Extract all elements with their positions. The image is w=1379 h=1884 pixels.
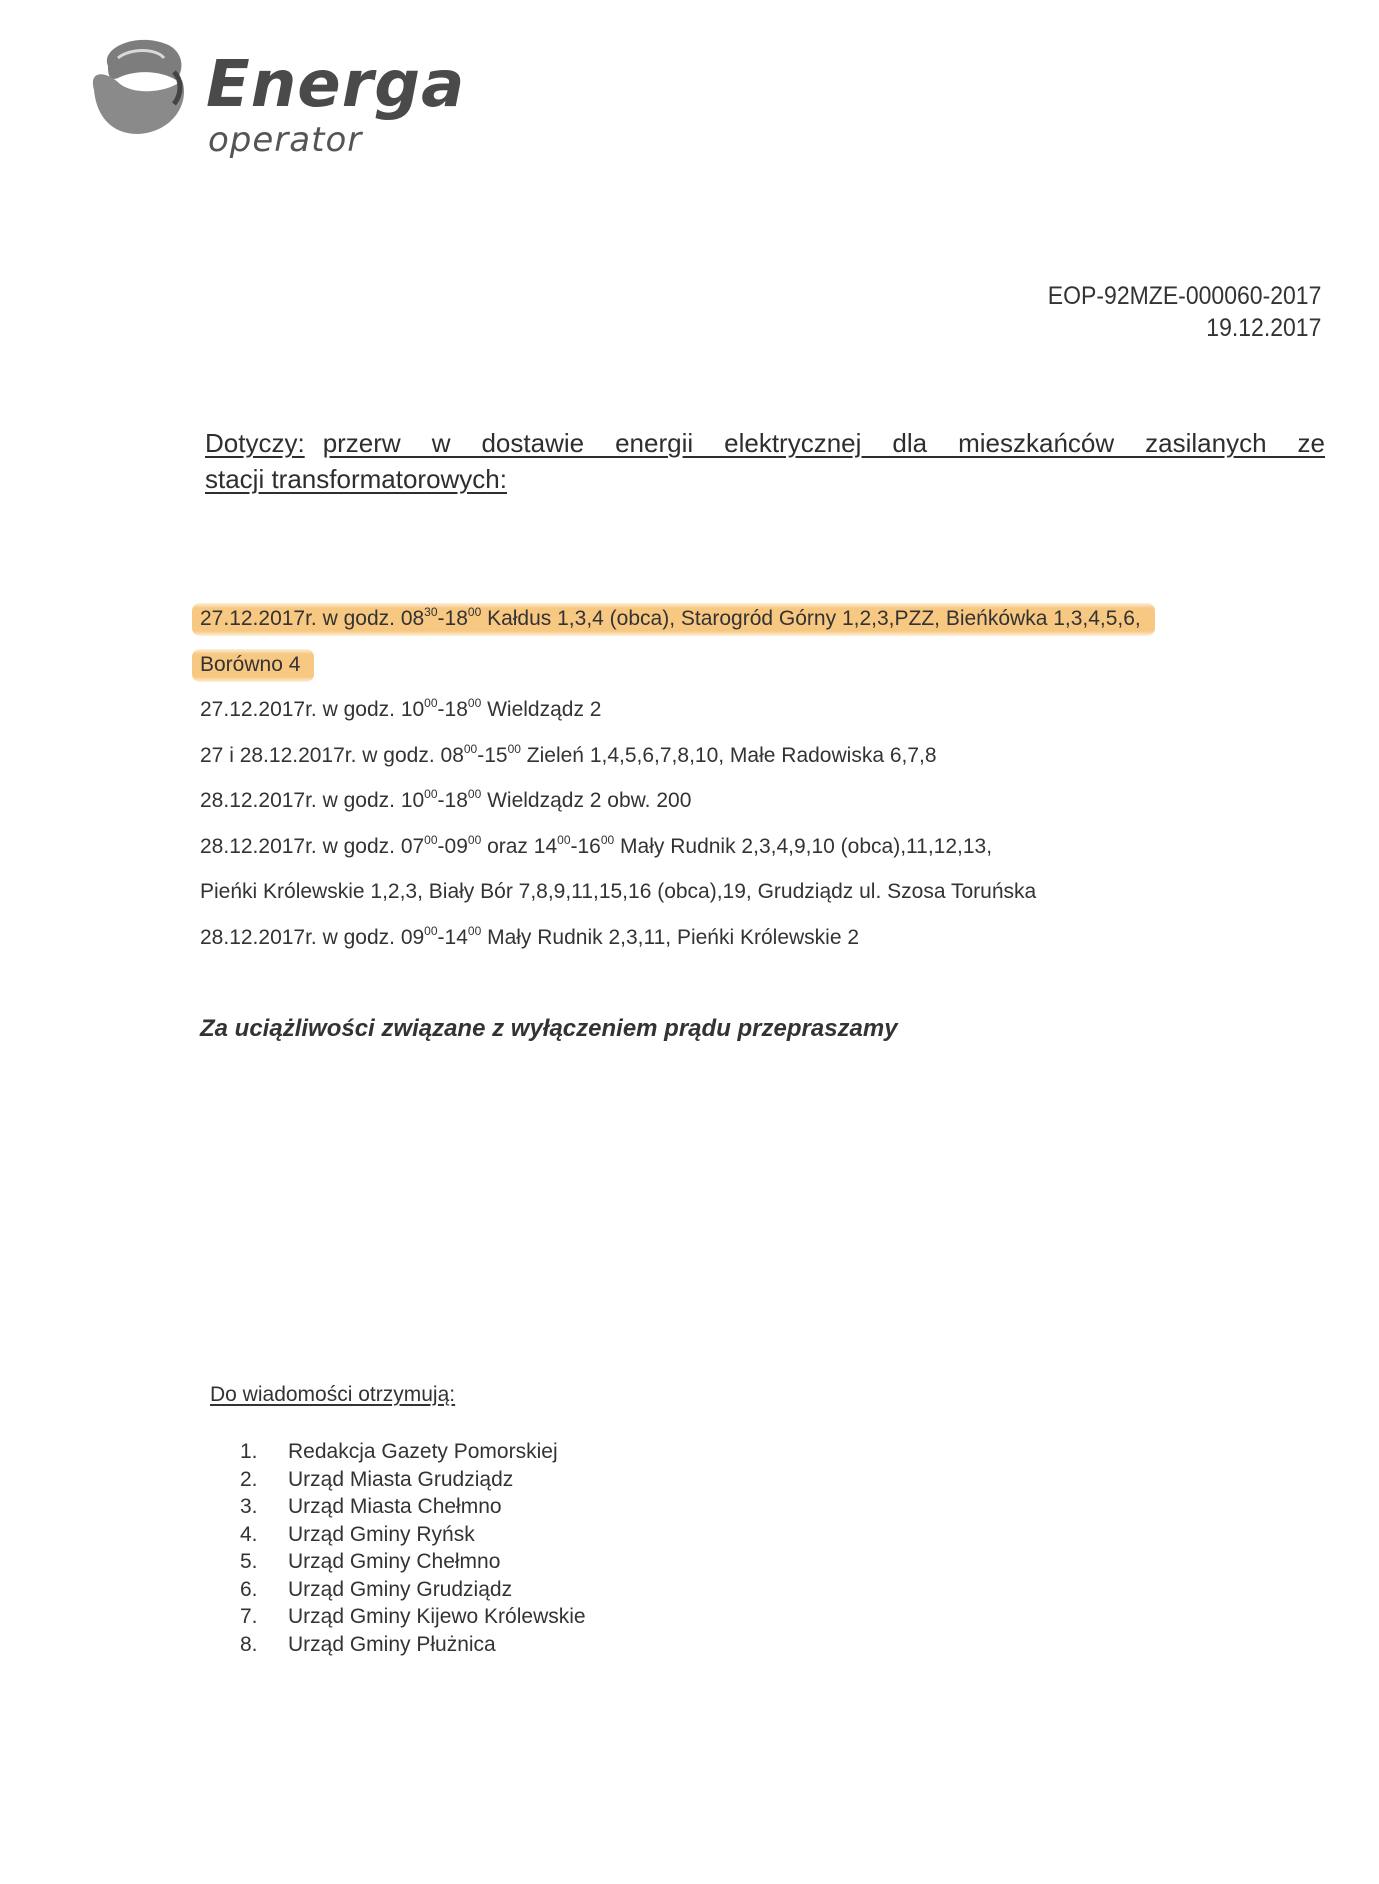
time-minutes: 30 (424, 605, 437, 619)
outage-places: Borówno 4 (192, 649, 314, 682)
outage-text: 28.12.2017r. w godz. 0700-0900 oraz 1400… (200, 835, 992, 858)
recipients-title: Do wiadomości otrzymują: (210, 1383, 455, 1407)
recipient-name: Urząd Gminy Grudziądz (288, 1576, 512, 1604)
recipient-item: 8.Urząd Gminy Płużnica (240, 1631, 586, 1659)
outage-places: Pieńki Królewskie 1,2,3, Biały Bór 7,8,9… (200, 880, 1036, 903)
reference-block: EOP-92MZE-000060-2017 19.12.2017 (1047, 280, 1321, 344)
outage-date: 28.12.2017r. w godz. (200, 789, 401, 812)
time-minutes: 00 (468, 787, 481, 801)
outage-text: 27.12.2017r. w godz. 0830-1800 Kałdus 1,… (192, 603, 1155, 636)
recipient-name: Urząd Gminy Kijewo Królewskie (288, 1603, 586, 1631)
recipient-name: Urząd Gminy Płużnica (288, 1631, 496, 1659)
time-range: 0830-1800 (401, 607, 481, 630)
time-range: 0700-0900 (401, 835, 481, 858)
time-minutes: 00 (468, 833, 481, 847)
recipient-number: 2. (240, 1466, 288, 1494)
recipient-number: 5. (240, 1548, 288, 1576)
subject-text-line2: stacji transformatorowych: (205, 461, 1325, 497)
time-minutes: 00 (424, 924, 437, 938)
time-range: 0800-1500 (441, 744, 521, 767)
time-minutes: 00 (508, 742, 521, 756)
outage-places: Zieleń 1,4,5,6,7,8,10, Małe Radowiska 6,… (521, 744, 937, 767)
recipient-name: Redakcja Gazety Pomorskiej (288, 1438, 558, 1466)
outage-date: 28.12.2017r. w godz. (200, 926, 401, 949)
recipient-name: Urząd Miasta Chełmno (288, 1493, 502, 1521)
time-range: 1000-1800 (401, 789, 481, 812)
outage-entry: 27 i 28.12.2017r. w godz. 0800-1500 Ziel… (200, 733, 1360, 779)
time-minutes: 00 (601, 833, 614, 847)
company-logo: Energa operator (78, 28, 458, 158)
recipient-item: 2.Urząd Miasta Grudziądz (240, 1466, 586, 1494)
time-minutes: 00 (468, 696, 481, 710)
recipient-number: 3. (240, 1493, 288, 1521)
outage-places: Kałdus 1,3,4 (obca), Starogród Górny 1,2… (481, 607, 1141, 630)
recipient-name: Urząd Gminy Ryńsk (288, 1521, 475, 1549)
recipient-number: 4. (240, 1521, 288, 1549)
outage-entry: 27.12.2017r. w godz. 1000-1800 Wieldządz… (200, 687, 1360, 733)
recipient-number: 6. (240, 1576, 288, 1604)
recipient-item: 1.Redakcja Gazety Pomorskiej (240, 1438, 586, 1466)
subject-text-line1: przerw w dostawie energii elektrycznej d… (323, 425, 1325, 461)
outage-entry: 27.12.2017r. w godz. 0830-1800 Kałdus 1,… (200, 596, 1360, 642)
recipient-item: 3.Urząd Miasta Chełmno (240, 1493, 586, 1521)
time-range: 0900-1400 (401, 926, 481, 949)
outage-text: 28.12.2017r. w godz. 1000-1800 Wieldządz… (200, 789, 691, 812)
time-range: 1400-1600 (534, 835, 614, 858)
outage-text: 27 i 28.12.2017r. w godz. 0800-1500 Ziel… (200, 744, 937, 767)
logo-subtitle: operator (208, 120, 362, 160)
outage-places: Mały Rudnik 2,3,4,9,10 (obca),11,12,13, (614, 835, 992, 858)
outage-places: Wieldządz 2 (481, 698, 601, 721)
outage-entry: 28.12.2017r. w godz. 1000-1800 Wieldządz… (200, 778, 1360, 824)
time-minutes: 00 (424, 787, 437, 801)
time-minutes: 00 (468, 605, 481, 619)
recipient-item: 6.Urząd Gminy Grudziądz (240, 1576, 586, 1604)
document-date: 19.12.2017 (1047, 312, 1321, 344)
outage-entry: 28.12.2017r. w godz. 0700-0900 oraz 1400… (200, 824, 1360, 870)
time-minutes: 00 (424, 833, 437, 847)
recipient-item: 7.Urząd Gminy Kijewo Królewskie (240, 1603, 586, 1631)
recipient-number: 8. (240, 1631, 288, 1659)
recipient-number: 7. (240, 1603, 288, 1631)
recipient-name: Urząd Miasta Grudziądz (288, 1466, 513, 1494)
subject-label: Dotyczy: (205, 425, 305, 461)
outage-date: 27.12.2017r. w godz. (200, 607, 401, 630)
energa-swirl-logo-icon (78, 28, 198, 148)
recipient-item: 4.Urząd Gminy Ryńsk (240, 1521, 586, 1549)
logo-name: Energa (206, 48, 465, 122)
outage-places: Wieldządz 2 obw. 200 (481, 789, 691, 812)
outage-date: 27 i 28.12.2017r. w godz. (200, 744, 441, 767)
recipient-number: 1. (240, 1438, 288, 1466)
outage-entry-continued: Pieńki Królewskie 1,2,3, Biały Bór 7,8,9… (200, 869, 1360, 915)
outage-text: 27.12.2017r. w godz. 1000-1800 Wieldządz… (200, 698, 601, 721)
time-minutes: 00 (424, 696, 437, 710)
outage-date: 27.12.2017r. w godz. (200, 698, 401, 721)
apology-note: Za uciążliwości związane z wyłączeniem p… (200, 1015, 898, 1043)
time-minutes: 00 (468, 924, 481, 938)
time-minutes: 00 (557, 833, 570, 847)
recipients-list: 1.Redakcja Gazety Pomorskiej2.Urząd Mias… (240, 1438, 586, 1658)
subject: Dotyczy: przerw w dostawie energii elekt… (205, 425, 1325, 497)
recipient-item: 5.Urząd Gminy Chełmno (240, 1548, 586, 1576)
outage-entry-continued: Borówno 4 (200, 642, 1360, 688)
outage-date: 28.12.2017r. w godz. (200, 835, 401, 858)
time-minutes: 00 (464, 742, 477, 756)
outage-text: 28.12.2017r. w godz. 0900-1400 Mały Rudn… (200, 926, 859, 949)
recipient-name: Urząd Gminy Chełmno (288, 1548, 500, 1576)
outage-entry: 28.12.2017r. w godz. 0900-1400 Mały Rudn… (200, 915, 1360, 961)
time-range: 1000-1800 (401, 698, 481, 721)
reference-number: EOP-92MZE-000060-2017 (1047, 280, 1321, 312)
outage-places: Mały Rudnik 2,3,11, Pieńki Królewskie 2 (481, 926, 859, 949)
outage-list: 27.12.2017r. w godz. 0830-1800 Kałdus 1,… (200, 596, 1360, 960)
time-joiner: oraz (481, 835, 534, 858)
